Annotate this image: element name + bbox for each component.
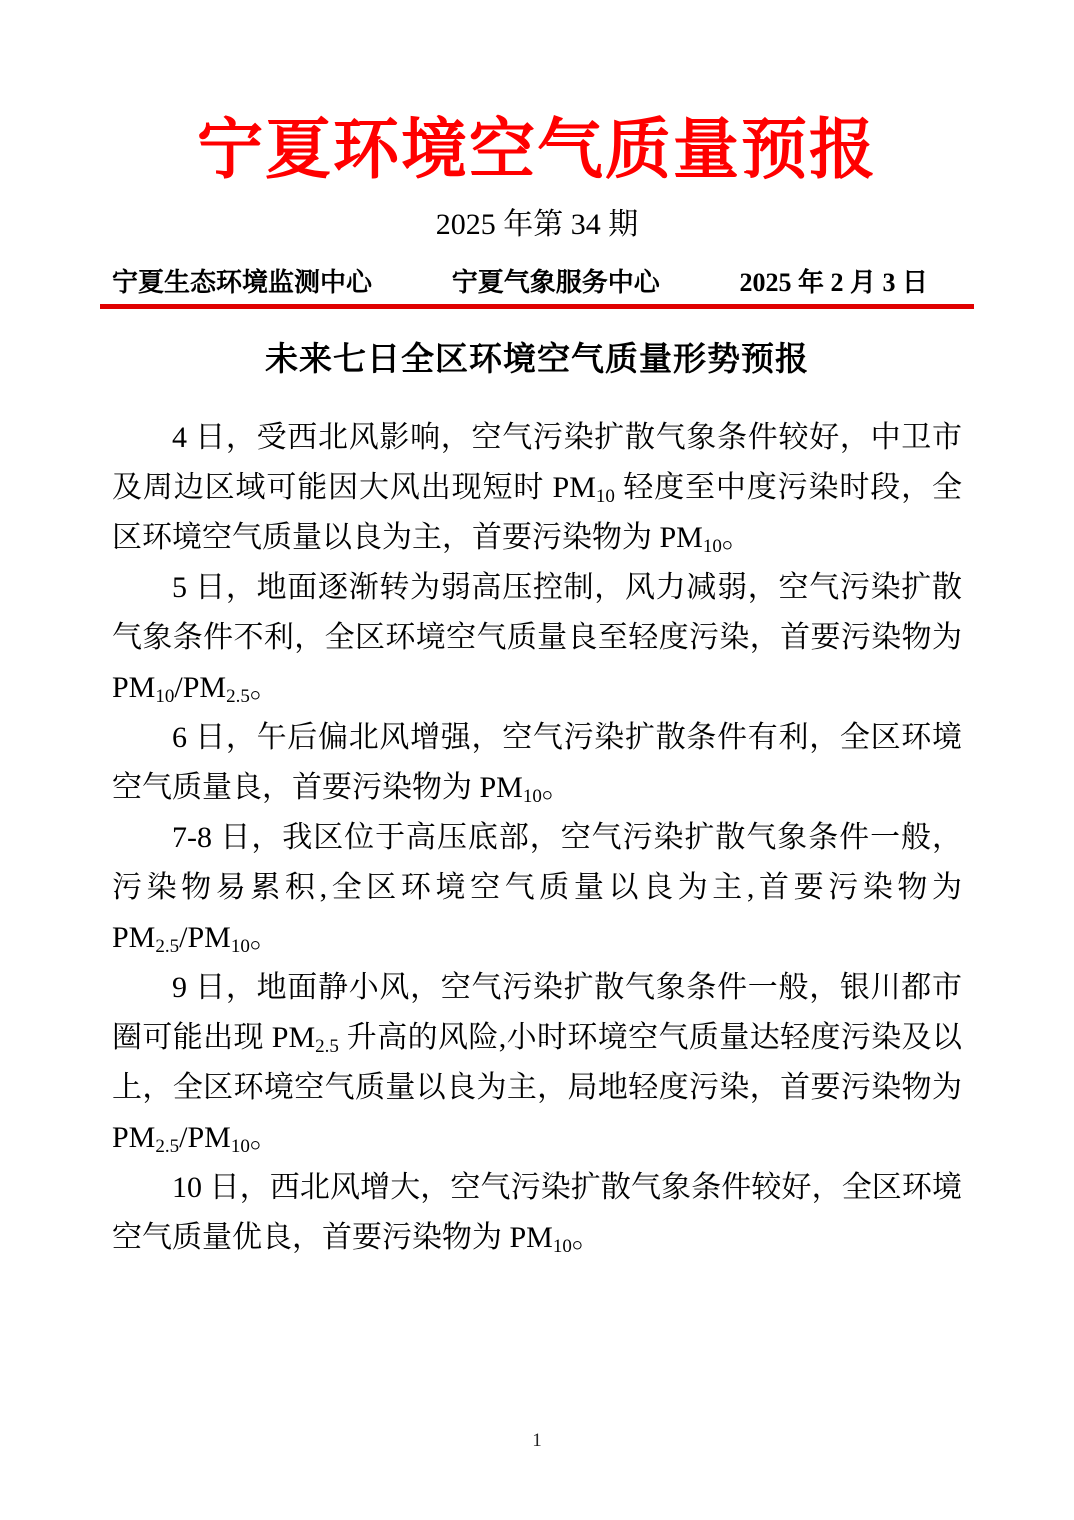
- pollutant-subscript: 10: [553, 1236, 572, 1257]
- pollutant-subscript: 10: [231, 936, 250, 957]
- forecast-paragraph: 7-8 日，我区位于高压底部，空气污染扩散气象条件一般，污染物易累积,全区环境空…: [112, 813, 962, 963]
- page-number: 1: [0, 1430, 1074, 1452]
- pollutant-subscript: 10: [231, 1136, 250, 1157]
- pollutant-subscript: 10: [596, 486, 615, 507]
- document-content: 宁夏环境空气质量预报 2025 年第 34 期 宁夏生态环境监测中心 宁夏气象服…: [0, 112, 1074, 1263]
- forecast-paragraph: 4 日，受西北风影响，空气污染扩散气象条件较好，中卫市及周边区域可能因大风出现短…: [112, 413, 962, 563]
- forecast-paragraph: 6 日，午后偏北风增强，空气污染扩散条件有利，全区环境空气质量良，首要污染物为 …: [112, 713, 962, 813]
- forecast-body: 4 日，受西北风影响，空气污染扩散气象条件较好，中卫市及周边区域可能因大风出现短…: [112, 413, 962, 1263]
- section-title: 未来七日全区环境空气质量形势预报: [112, 339, 962, 381]
- masthead-left-org: 宁夏生态环境监测中心: [112, 268, 372, 298]
- document-title: 宁夏环境空气质量预报: [112, 112, 962, 190]
- issue-line: 2025 年第 34 期: [112, 208, 962, 242]
- pollutant-subscript: 10: [703, 536, 722, 557]
- forecast-paragraph: 5 日，地面逐渐转为弱高压控制，风力减弱，空气污染扩散气象条件不利，全区环境空气…: [112, 563, 962, 713]
- pollutant-subscript: 10: [523, 786, 542, 807]
- pollutant-subscript: 10: [155, 686, 174, 707]
- pollutant-subscript: 2.5: [155, 1136, 179, 1157]
- forecast-paragraph: 9 日，地面静小风，空气污染扩散气象条件一般，银川都市圈可能出现 PM2.5 升…: [112, 963, 962, 1163]
- pollutant-subscript: 2.5: [315, 1036, 339, 1057]
- masthead-center-org: 宁夏气象服务中心: [452, 268, 660, 298]
- forecast-paragraph: 10 日，西北风增大，空气污染扩散气象条件较好，全区环境空气质量优良，首要污染物…: [112, 1163, 962, 1263]
- document-page: 宁夏环境空气质量预报 2025 年第 34 期 宁夏生态环境监测中心 宁夏气象服…: [0, 0, 1074, 1520]
- pollutant-subscript: 2.5: [226, 686, 250, 707]
- pollutant-subscript: 2.5: [155, 936, 179, 957]
- masthead-date: 2025 年 2 月 3 日: [739, 268, 928, 298]
- masthead: 宁夏生态环境监测中心 宁夏气象服务中心 2025 年 2 月 3 日: [112, 268, 962, 298]
- red-rule-divider: [100, 304, 974, 309]
